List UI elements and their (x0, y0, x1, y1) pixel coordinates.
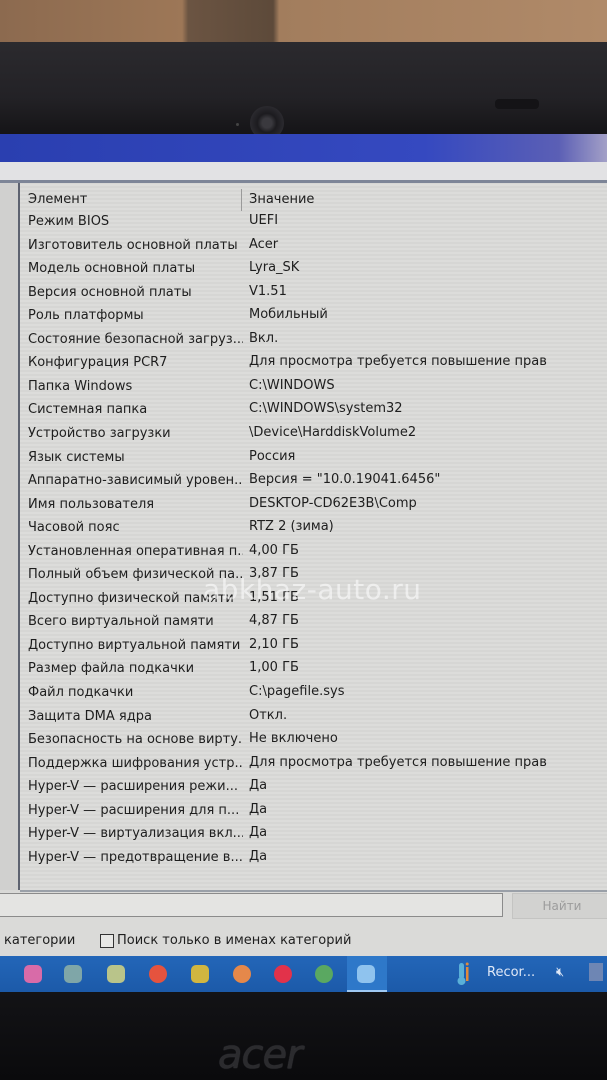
chrome-icon[interactable] (315, 965, 333, 983)
table-row[interactable]: Доступно виртуальной памяти2,10 ГБ (20, 635, 607, 658)
acer-logo: acer (218, 1032, 302, 1078)
row-item-name: Системная папка (28, 402, 243, 417)
background-wall (0, 0, 607, 42)
row-item-name: Hyper-V — расширения для п... (28, 803, 243, 818)
row-item-name: Всего виртуальной памяти (28, 614, 243, 629)
row-item-value: 4,87 ГБ (249, 613, 299, 628)
table-row[interactable]: Безопасность на основе вирту...Не включе… (20, 729, 607, 752)
row-item-name: Устройство загрузки (28, 426, 243, 441)
yandex-browser-icon[interactable] (149, 965, 167, 983)
table-row[interactable]: Системная папкаC:\WINDOWS\system32 (20, 399, 607, 422)
table-row[interactable]: Режим BIOSUEFI (20, 211, 607, 234)
row-item-value: Для просмотра требуется повышение прав (249, 755, 547, 770)
column-header-value[interactable]: Значение (249, 192, 314, 207)
table-row[interactable]: Файл подкачкиC:\pagefile.sys (20, 682, 607, 705)
opera-icon[interactable] (274, 965, 292, 983)
row-item-name: Язык системы (28, 450, 243, 465)
table-row[interactable]: Поддержка шифрования устр...Для просмотр… (20, 753, 607, 776)
row-item-value: C:\pagefile.sys (249, 684, 344, 699)
table-row[interactable]: Всего виртуальной памяти4,87 ГБ (20, 611, 607, 634)
row-item-value: Вкл. (249, 331, 278, 346)
row-item-name: Аппаратно-зависимый уровен... (28, 473, 243, 488)
row-item-value: Версия = "10.0.19041.6456" (249, 472, 440, 487)
row-item-name: Доступно виртуальной памяти (28, 638, 243, 653)
row-item-value: \Device\HarddiskVolume2 (249, 425, 416, 440)
app-icon[interactable] (191, 965, 209, 983)
table-row[interactable]: Аппаратно-зависимый уровен...Версия = "1… (20, 470, 607, 493)
table-row[interactable]: Hyper-V — расширения для п...Да (20, 800, 607, 823)
table-row[interactable]: Часовой поясRTZ 2 (зима) (20, 517, 607, 540)
column-header-item[interactable]: Элемент (28, 192, 87, 207)
row-item-name: Состояние безопасной загруз... (28, 332, 243, 347)
system-information-icon[interactable] (357, 965, 375, 983)
table-row[interactable]: Язык системыРоссия (20, 447, 607, 470)
row-item-name: Hyper-V — виртуализация вкл... (28, 826, 243, 841)
row-item-value: 2,10 ГБ (249, 637, 299, 652)
row-item-value: Да (249, 849, 267, 864)
store-icon[interactable] (107, 965, 125, 983)
bezel-slot (495, 99, 539, 109)
row-item-name: Режим BIOS (28, 214, 243, 229)
row-item-name: Конфигурация PCR7 (28, 355, 243, 370)
row-item-value: Да (249, 778, 267, 793)
row-item-name: Безопасность на основе вирту... (28, 732, 243, 747)
table-row[interactable]: Hyper-V — расширения режи...Да (20, 776, 607, 799)
row-item-value: Для просмотра требуется повышение прав (249, 354, 547, 369)
file-explorer-icon[interactable] (64, 965, 82, 983)
row-item-name: Имя пользователя (28, 497, 243, 512)
row-item-name: Модель основной платы (28, 261, 243, 276)
tray-app-label[interactable]: Recor... (487, 965, 535, 980)
row-item-value: Acer (249, 237, 278, 252)
table-row[interactable]: Роль платформыМобильный (20, 305, 607, 328)
row-item-value: Да (249, 802, 267, 817)
system-summary-list[interactable]: Элемент Значение Режим BIOSUEFIИзготовит… (20, 183, 607, 890)
search-category-names-label[interactable]: Поиск только в именах категорий (117, 933, 351, 948)
table-row[interactable]: Полный объем физической па...3,87 ГБ (20, 564, 607, 587)
list-header: Элемент Значение (20, 189, 607, 211)
firefox-icon[interactable] (233, 965, 251, 983)
search-selected-category-option[interactable]: категории (4, 933, 75, 948)
table-row[interactable]: Доступно физической памяти1,51 ГБ (20, 588, 607, 611)
table-row[interactable]: Состояние безопасной загруз...Вкл. (20, 329, 607, 352)
row-item-name: Установленная оперативная п... (28, 544, 243, 559)
row-item-value: 4,00 ГБ (249, 543, 299, 558)
row-item-name: Файл подкачки (28, 685, 243, 700)
table-row[interactable]: Защита DMA ядраОткл. (20, 706, 607, 729)
row-item-value: Да (249, 825, 267, 840)
laptop-bezel-bottom (0, 992, 607, 1080)
row-item-name: Часовой пояс (28, 520, 243, 535)
row-item-name: Поддержка шифрования устр... (28, 756, 243, 771)
search-category-names-checkbox[interactable] (100, 934, 114, 948)
laptop-bezel-top (0, 42, 607, 134)
table-row[interactable]: Установленная оперативная п...4,00 ГБ (20, 541, 607, 564)
row-item-value: RTZ 2 (зима) (249, 519, 334, 534)
search-input[interactable] (0, 893, 503, 917)
row-item-value: V1.51 (249, 284, 287, 299)
row-item-value: C:\WINDOWS\system32 (249, 401, 403, 416)
table-row[interactable]: Папка WindowsC:\WINDOWS (20, 376, 607, 399)
row-item-name: Полный объем физической па... (28, 567, 243, 582)
row-item-value: Lyra_SK (249, 260, 299, 275)
table-row[interactable]: Hyper-V — виртуализация вкл...Да (20, 823, 607, 846)
row-item-value: Не включено (249, 731, 338, 746)
row-item-name: Защита DMA ядра (28, 709, 243, 724)
table-row[interactable]: Изготовитель основной платыAcer (20, 235, 607, 258)
table-row[interactable]: Имя пользователяDESKTOP-CD62E3B\Comp (20, 494, 607, 517)
screen: Элемент Значение Режим BIOSUEFIИзготовит… (0, 134, 607, 992)
instagram-icon[interactable] (24, 965, 42, 983)
row-item-name: Папка Windows (28, 379, 243, 394)
row-item-name: Hyper-V — расширения режи... (28, 779, 243, 794)
column-divider[interactable] (241, 189, 242, 211)
thermometer-icon[interactable] (456, 961, 470, 987)
row-item-name: Доступно физической памяти (28, 591, 243, 606)
row-item-value: DESKTOP-CD62E3B\Comp (249, 496, 417, 511)
table-row[interactable]: Версия основной платыV1.51 (20, 282, 607, 305)
row-item-name: Версия основной платы (28, 285, 243, 300)
volume-muted-icon[interactable]: 🔇︎ (556, 965, 564, 980)
row-item-value: 3,87 ГБ (249, 566, 299, 581)
table-row[interactable]: Hyper-V — предотвращение в...Да (20, 847, 607, 870)
table-row[interactable]: Конфигурация PCR7Для просмотра требуется… (20, 352, 607, 375)
camera-led (236, 123, 239, 126)
row-item-value: 1,51 ГБ (249, 590, 299, 605)
row-item-name: Hyper-V — предотвращение в... (28, 850, 243, 865)
find-button[interactable]: Найти (512, 893, 607, 919)
table-row[interactable]: Устройство загрузки\Device\HarddiskVolum… (20, 423, 607, 446)
table-row[interactable]: Размер файла подкачки1,00 ГБ (20, 658, 607, 681)
row-item-value: Россия (249, 449, 295, 464)
row-item-value: C:\WINDOWS (249, 378, 335, 393)
notification-area-icon[interactable] (589, 963, 603, 981)
row-item-value: UEFI (249, 213, 278, 228)
row-item-value: Мобильный (249, 307, 328, 322)
taskbar: Recor... 🔇︎ (0, 956, 607, 992)
row-item-name: Изготовитель основной платы (28, 238, 243, 253)
row-item-name: Роль платформы (28, 308, 243, 323)
row-item-name: Размер файла подкачки (28, 661, 243, 676)
row-item-value: Откл. (249, 708, 287, 723)
table-row[interactable]: Модель основной платыLyra_SK (20, 258, 607, 281)
window-titlebar (0, 134, 607, 162)
row-item-value: 1,00 ГБ (249, 660, 299, 675)
window-menu-area (0, 162, 607, 180)
category-tree-pane[interactable] (0, 183, 20, 890)
